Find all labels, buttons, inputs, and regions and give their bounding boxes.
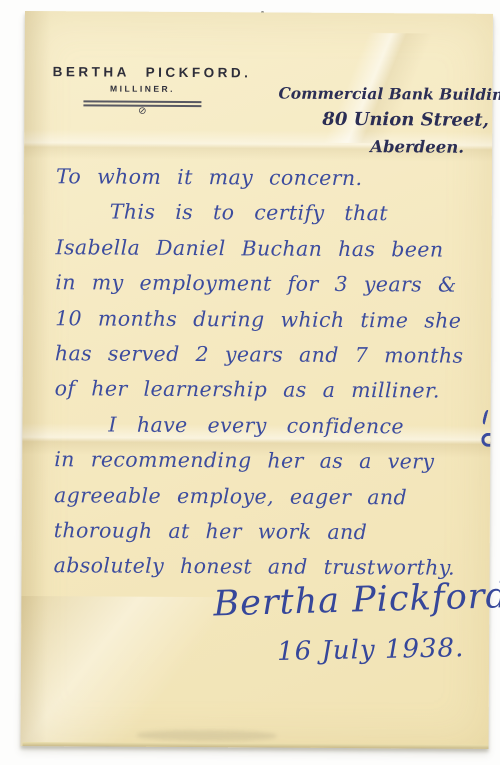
letter-line: This is to certify that	[56, 195, 492, 233]
paper-edge-shading	[21, 11, 51, 746]
letter-line: To whom it may concern.	[56, 159, 492, 197]
letter-line: of her learnership as a milliner.	[55, 372, 491, 410]
letter-paper: BERTHA PICKFORD. MILLINER. ⊘ Commercial …	[21, 11, 493, 749]
address-line: 80 Union Street,	[278, 109, 500, 131]
stray-ink-mark	[481, 433, 490, 447]
letterhead-title: MILLINER.	[52, 83, 232, 94]
handwritten-date: 16 July 1938.	[277, 633, 465, 667]
letter-line: Isabella Daniel Buchan has been	[55, 230, 491, 268]
letterhead-name: BERTHA PICKFORD.	[53, 64, 233, 80]
address-line: Commercial Bank Buildings,	[278, 84, 500, 104]
letter-line: 10 months during which time she	[55, 301, 491, 339]
handwritten-signature: Bertha Pickford.	[213, 576, 500, 625]
letter-line: I have every confidence	[54, 407, 490, 445]
paper-bottom-edge	[23, 742, 489, 749]
letter-line: has served 2 years and 7 months	[55, 336, 491, 374]
dial-ornament-icon: ⊘	[52, 106, 232, 117]
letter-line: in my employment for 3 years &	[55, 265, 491, 303]
letter-line: thorough at her work and	[54, 513, 490, 551]
pencil-smudge	[137, 730, 277, 742]
address-line: Aberdeen.	[278, 137, 500, 157]
letter-line: in recommending her as a very	[54, 442, 490, 480]
letter-line: agreeable employe, eager and	[54, 478, 490, 516]
handwritten-body: To whom it may concern. This is to certi…	[53, 159, 492, 587]
letterhead-block: BERTHA PICKFORD. MILLINER. ⊘	[52, 64, 232, 117]
scanned-letter-background: BERTHA PICKFORD. MILLINER. ⊘ Commercial …	[0, 0, 500, 765]
letterhead-address: Commercial Bank Buildings, 80 Union Stre…	[278, 84, 500, 157]
